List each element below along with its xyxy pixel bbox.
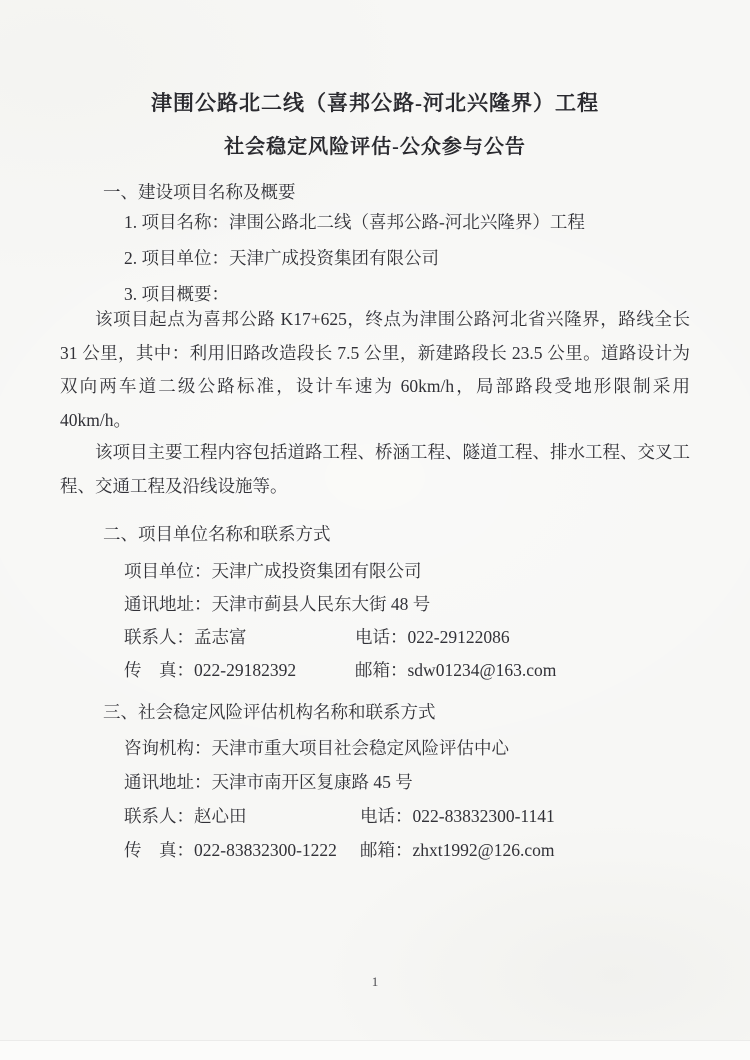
- project-overview-paragraph: 该项目起点为喜邦公路 K17+625，终点为津围公路河北省兴隆界，路线全长 31…: [60, 303, 690, 437]
- section-3-contact-rows: 咨询机构：天津市重大项目社会稳定风险评估中心 通讯地址：天津市南开区复康路 45…: [124, 731, 710, 867]
- assessor-address-value: 通讯地址：天津市南开区复康路 45 号: [124, 765, 413, 799]
- contact-row: 项目单位：天津广成投资集团有限公司: [124, 555, 710, 588]
- section-1-heading: 一、建设项目名称及概要: [103, 181, 710, 203]
- contact-row: 传 真：022-29182392 邮箱：sdw01234@163.com: [124, 654, 710, 687]
- page-number: 1: [0, 974, 750, 990]
- owner-contact-person: 联系人：孟志富: [124, 621, 355, 654]
- contact-row: 联系人：赵心田 电话：022-83832300-1141: [124, 799, 710, 833]
- contact-row: 通讯地址：天津市南开区复康路 45 号: [124, 765, 710, 799]
- section-3-heading: 三、社会稳定风险评估机构名称和联系方式: [103, 701, 710, 723]
- assessor-fax: 传 真：022-83832300-1222: [124, 833, 360, 867]
- contact-row: 传 真：022-83832300-1222 邮箱：zhxt1992@126.co…: [124, 833, 710, 867]
- assessor-contact-person: 联系人：赵心田: [124, 799, 360, 833]
- scan-page-bottom-edge: [0, 1040, 750, 1060]
- owner-phone: 电话：022-29122086: [355, 621, 710, 654]
- project-name-item: 1. 项目名称：津围公路北二线（喜邦公路-河北兴隆界）工程: [124, 204, 700, 240]
- section-1-items: 1. 项目名称：津围公路北二线（喜邦公路-河北兴隆界）工程 2. 项目单位：天津…: [124, 204, 700, 312]
- section-2-contact-rows: 项目单位：天津广成投资集团有限公司 通讯地址：天津市蓟县人民东大街 48 号 联…: [124, 555, 710, 687]
- assessor-phone: 电话：022-83832300-1141: [360, 799, 710, 833]
- project-scope-paragraph: 该项目主要工程内容包括道路工程、桥涵工程、隧道工程、排水工程、交叉工程、交通工程…: [60, 436, 690, 503]
- document-title-line1: 津围公路北二线（喜邦公路-河北兴隆界）工程: [0, 90, 750, 116]
- owner-email: 邮箱：sdw01234@163.com: [355, 654, 710, 687]
- contact-row: 通讯地址：天津市蓟县人民东大街 48 号: [124, 588, 710, 621]
- section-2-heading: 二、项目单位名称和联系方式: [103, 523, 710, 545]
- owner-fax: 传 真：022-29182392: [124, 654, 355, 687]
- scanned-notice-page: 津围公路北二线（喜邦公路-河北兴隆界）工程 社会稳定风险评估-公众参与公告 一、…: [0, 0, 750, 1060]
- document-title-line2: 社会稳定风险评估-公众参与公告: [0, 134, 750, 160]
- assessor-email: 邮箱：zhxt1992@126.com: [360, 833, 710, 867]
- project-owner-item: 2. 项目单位：天津广成投资集团有限公司: [124, 240, 700, 276]
- assessor-org-value: 咨询机构：天津市重大项目社会稳定风险评估中心: [124, 731, 509, 765]
- owner-unit-value: 项目单位：天津广成投资集团有限公司: [124, 555, 422, 588]
- owner-address-value: 通讯地址：天津市蓟县人民东大街 48 号: [124, 588, 430, 621]
- contact-row: 咨询机构：天津市重大项目社会稳定风险评估中心: [124, 731, 710, 765]
- contact-row: 联系人：孟志富 电话：022-29122086: [124, 621, 710, 654]
